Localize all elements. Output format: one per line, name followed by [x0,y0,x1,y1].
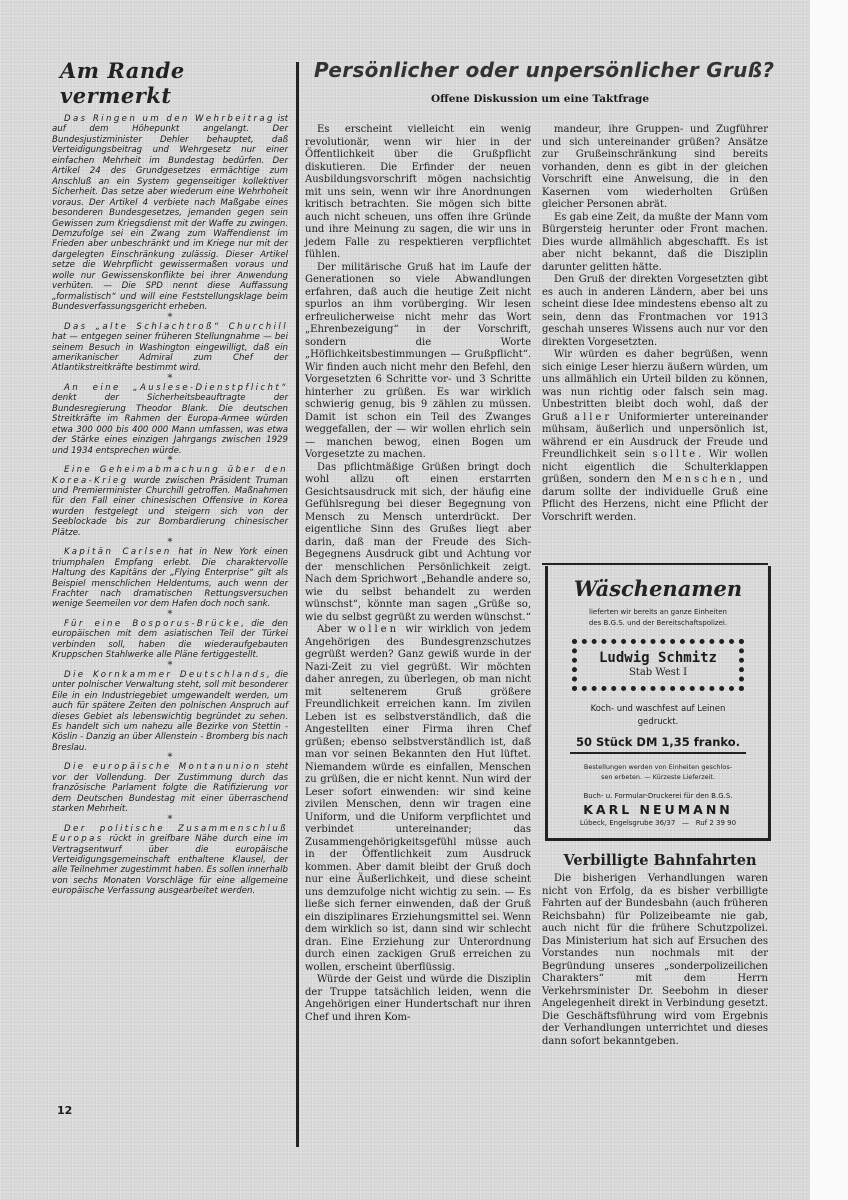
sidebar-item-lead: Die europäische Montanunion [64,762,261,772]
name-label-sample: Ludwig Schmitz Stab West I [572,639,744,691]
column-divider [296,62,299,1147]
ad-order-info: Bestellungen werden von Einheiten geschl… [548,762,768,782]
sidebar-item-text: ist auf dem Höhepunkt angelangt. Der Bun… [52,114,288,312]
advertisement-box: Wäschenamen lieferten wir bereits an gan… [545,566,771,841]
sidebar-item-lead: Für eine Bosporus-Brücke [64,619,241,629]
article2-headline: Verbilligte Bahnfahrten [550,852,770,869]
sidebar-item: Eine Geheimabmachung über den Korea-Krie… [52,465,288,538]
paragraph-text: wir wirklich von jedem Angehörigen des B… [305,624,531,973]
article-paragraph: Das pflichtmäßige Grüßen bringt doch woh… [305,462,531,625]
sidebar-item-lead: An eine „Auslese-Dienstpflicht“ [64,383,288,393]
sidebar-item: Das „alte Schlachtroß“ Churchill hat — e… [52,322,288,374]
sidebar-column: Am Rande vermerkt Das Ringen um den Wehr… [52,58,288,897]
ad-quality-line: Koch- und waschfest auf Leinen [548,703,768,716]
paragraph-text: mandeur, ihre Gruppen- und Zugführer und… [542,124,768,210]
item-separator-star: * [52,610,288,619]
article-paragraph: mandeur, ihre Gruppen- und Zugführer und… [542,124,768,212]
ad-quality: Koch- und waschfest auf Leinen gedruckt. [548,703,768,729]
item-separator-star: * [52,456,288,465]
emphasized-text: sollte [653,449,699,460]
item-separator-star: * [52,313,288,322]
item-separator-star: * [52,661,288,670]
sidebar-item: Kapitän Carlsen hat in New York einen tr… [52,547,288,610]
paragraph-text: Den Gruß der direkten Vorgesetzten gibt … [542,274,768,348]
article-headline: Persönlicher oder unpersönlicher Gruß? [314,58,794,82]
article-column-1: Es erscheint vielleicht ein wenig revolu… [305,124,531,1024]
sidebar-item: An eine „Auslese-Dienstpflicht“ denkt de… [52,383,288,456]
ad-printer: Buch- u. Formular-Druckerei für den B.G.… [548,792,768,800]
horizontal-rule [542,563,768,565]
sidebar-item-text: , die unter polnischer Verwaltung steht,… [52,670,288,753]
emphasized-text: aller [574,412,612,423]
sidebar-items: Das Ringen um den Wehrbeitrag ist auf de… [52,114,288,897]
paragraph-text: Es gab eine Zeit, da mußte der Mann vom … [542,212,768,273]
sidebar-item: Für eine Bosporus-Brücke, die den europä… [52,619,288,661]
ad-phone: Ruf 2 39 90 [696,819,736,827]
article-paragraph: Es erscheint vielleicht ein wenig revolu… [305,124,531,262]
paragraph-text: Das pflichtmäßige Grüßen bringt doch woh… [305,462,531,623]
sidebar-item: Das Ringen um den Wehrbeitrag ist auf de… [52,114,288,313]
ad-quality-line: gedruckt. [548,716,768,729]
ad-price: 50 Stück DM 1,35 franko. [570,735,746,754]
paragraph-text: Es erscheint vielleicht ein wenig revolu… [305,124,531,260]
scan-margin [810,0,848,1200]
sidebar-item-text: denkt der Sicherheitsbeauftragte der Bun… [52,393,288,455]
sample-unit: Stab West I [577,667,739,678]
sidebar-item-text: hat — entgegen seiner früheren Stellungn… [52,332,288,373]
sample-name: Ludwig Schmitz [577,650,739,666]
paragraph-text: Würde der Geist und würde die Disziplin … [305,974,531,1023]
ad-order-line: Bestellungen werden von Einheiten geschl… [548,762,768,772]
article-paragraph: Aber wollen wir wirklich von jedem Angeh… [305,624,531,974]
article2-body: Die bisherigen Verhandlungen waren nicht… [542,873,768,1048]
item-separator-star: * [52,753,288,762]
article-paragraph: Es gab eine Zeit, da mußte der Mann vom … [542,212,768,275]
sidebar-item-lead: Das „alte Schlachtroß“ Churchill [64,322,288,332]
ad-intro-line: lieferten wir bereits an ganze Einheiten [548,607,768,618]
article-paragraph: Den Gruß der direkten Vorgesetzten gibt … [542,274,768,349]
article-subheadline: Offene Diskussion um eine Taktfrage [300,93,780,105]
ad-address: Lübeck, Engelsgrube 36/37 [580,819,675,827]
article-paragraph: Der militärische Gruß hat im Laufe der G… [305,262,531,462]
sidebar-item: Die europäische Montanunion steht vor de… [52,762,288,814]
paragraph-text: Aber [317,624,348,635]
ad-address-line: Lübeck, Engelsgrube 36/37 — Ruf 2 39 90 [548,819,768,827]
emphasized-text: Menschen [662,474,738,485]
sidebar-item: Die Kornkammer Deutschlands, die unter p… [52,670,288,754]
ad-intro-line: des B.G.S. und der Bereitschaftspolizei. [548,618,768,629]
item-separator-star: * [52,538,288,547]
article-paragraph: Würde der Geist und würde die Disziplin … [305,974,531,1024]
ad-order-line: sen erbeten. — Kürzeste Lieferzeit. [548,772,768,782]
page-number: 12 [57,1104,72,1117]
article-paragraph: Wir würden es daher begrüßen, wenn sich … [542,349,768,524]
ad-title: Wäschenamen [548,576,768,601]
item-separator-star: * [52,815,288,824]
ad-company: KARL NEUMANN [548,802,768,817]
emphasized-text: wollen [348,624,399,635]
article-column-2: mandeur, ihre Gruppen- und Zugführer und… [542,124,768,524]
sidebar-item-lead: Das Ringen um den Wehrbeitrag [64,114,275,124]
item-separator-star: * [52,374,288,383]
sidebar-title: Am Rande vermerkt [60,58,288,108]
paragraph-text: Der militärische Gruß hat im Laufe der G… [305,262,531,461]
article2-body-column: Die bisherigen Verhandlungen waren nicht… [542,873,768,1048]
ad-intro: lieferten wir bereits an ganze Einheiten… [548,607,768,629]
sidebar-item: Der politische Zusammenschluß Europas rü… [52,824,288,897]
sidebar-item-lead: Die Kornkammer Deutschlands [64,670,267,680]
sidebar-item-lead: Kapitän Carlsen [64,547,172,557]
newspaper-page: Am Rande vermerkt Das Ringen um den Wehr… [0,0,810,1200]
